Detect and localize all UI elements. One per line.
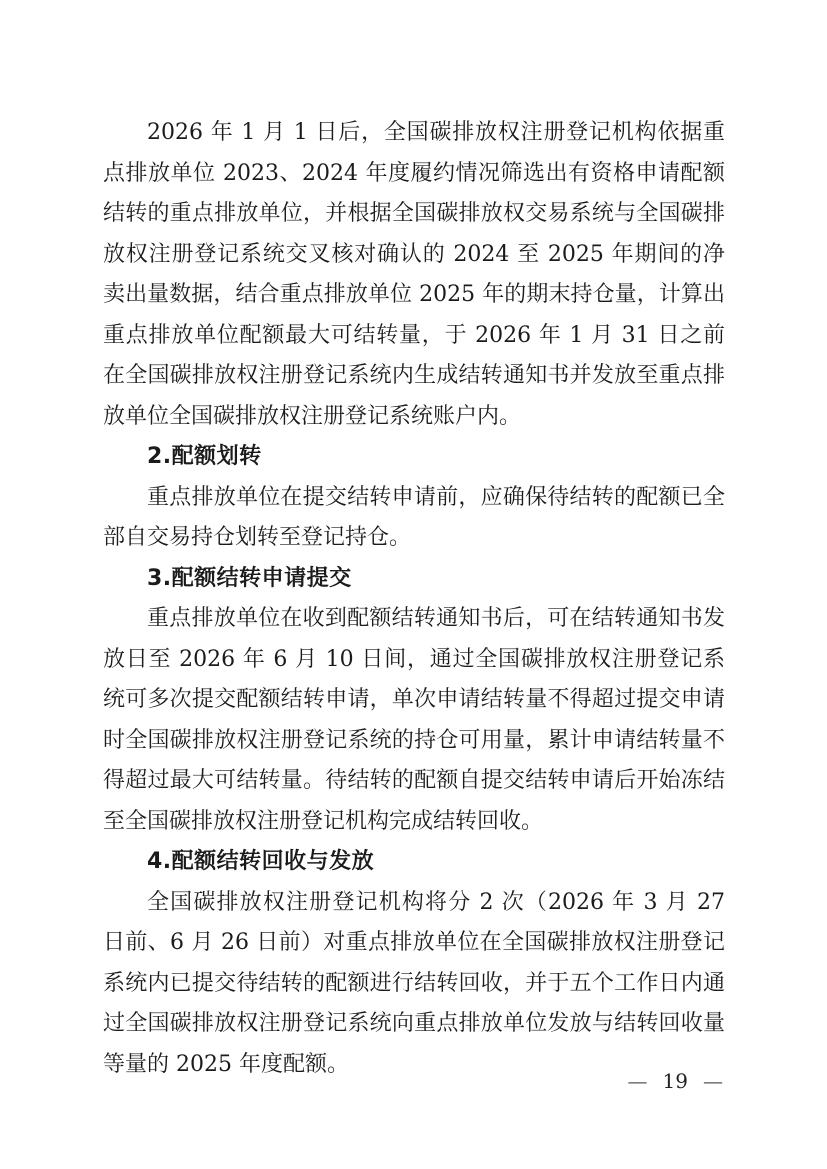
footer-left-dash: — [628,1071,648,1091]
document-body: 2026 年 1 月 1 日后，全国碳排放权注册登记机构依据重点排放单位 202… [103,113,725,1085]
section-heading-carryover-recovery-issuance: 4.配额结转回收与发放 [103,842,725,883]
paragraph-allowance-transfer: 重点排放单位在提交结转申请前，应确保待结转的配额已全部自交易持仓划转至登记持仓。 [103,478,725,559]
paragraph-carryover-application: 重点排放单位在收到配额结转通知书后，可在结转通知书发放日至 2026 年 6 月… [103,599,725,842]
page-footer: — 19 — [628,1066,723,1096]
footer-right-dash: — [703,1071,723,1091]
page-number: 19 [663,1069,688,1093]
document-page: 2026 年 1 月 1 日后，全国碳排放权注册登记机构依据重点排放单位 202… [0,0,827,1169]
paragraph-allowance-notice-generation: 2026 年 1 月 1 日后，全国碳排放权注册登记机构依据重点排放单位 202… [103,113,725,437]
section-heading-allowance-transfer: 2.配额划转 [103,437,725,478]
paragraph-carryover-recovery-issuance: 全国碳排放权注册登记机构将分 2 次（2026 年 3 月 27 日前、6 月 … [103,883,725,1086]
section-heading-carryover-application: 3.配额结转申请提交 [103,559,725,600]
